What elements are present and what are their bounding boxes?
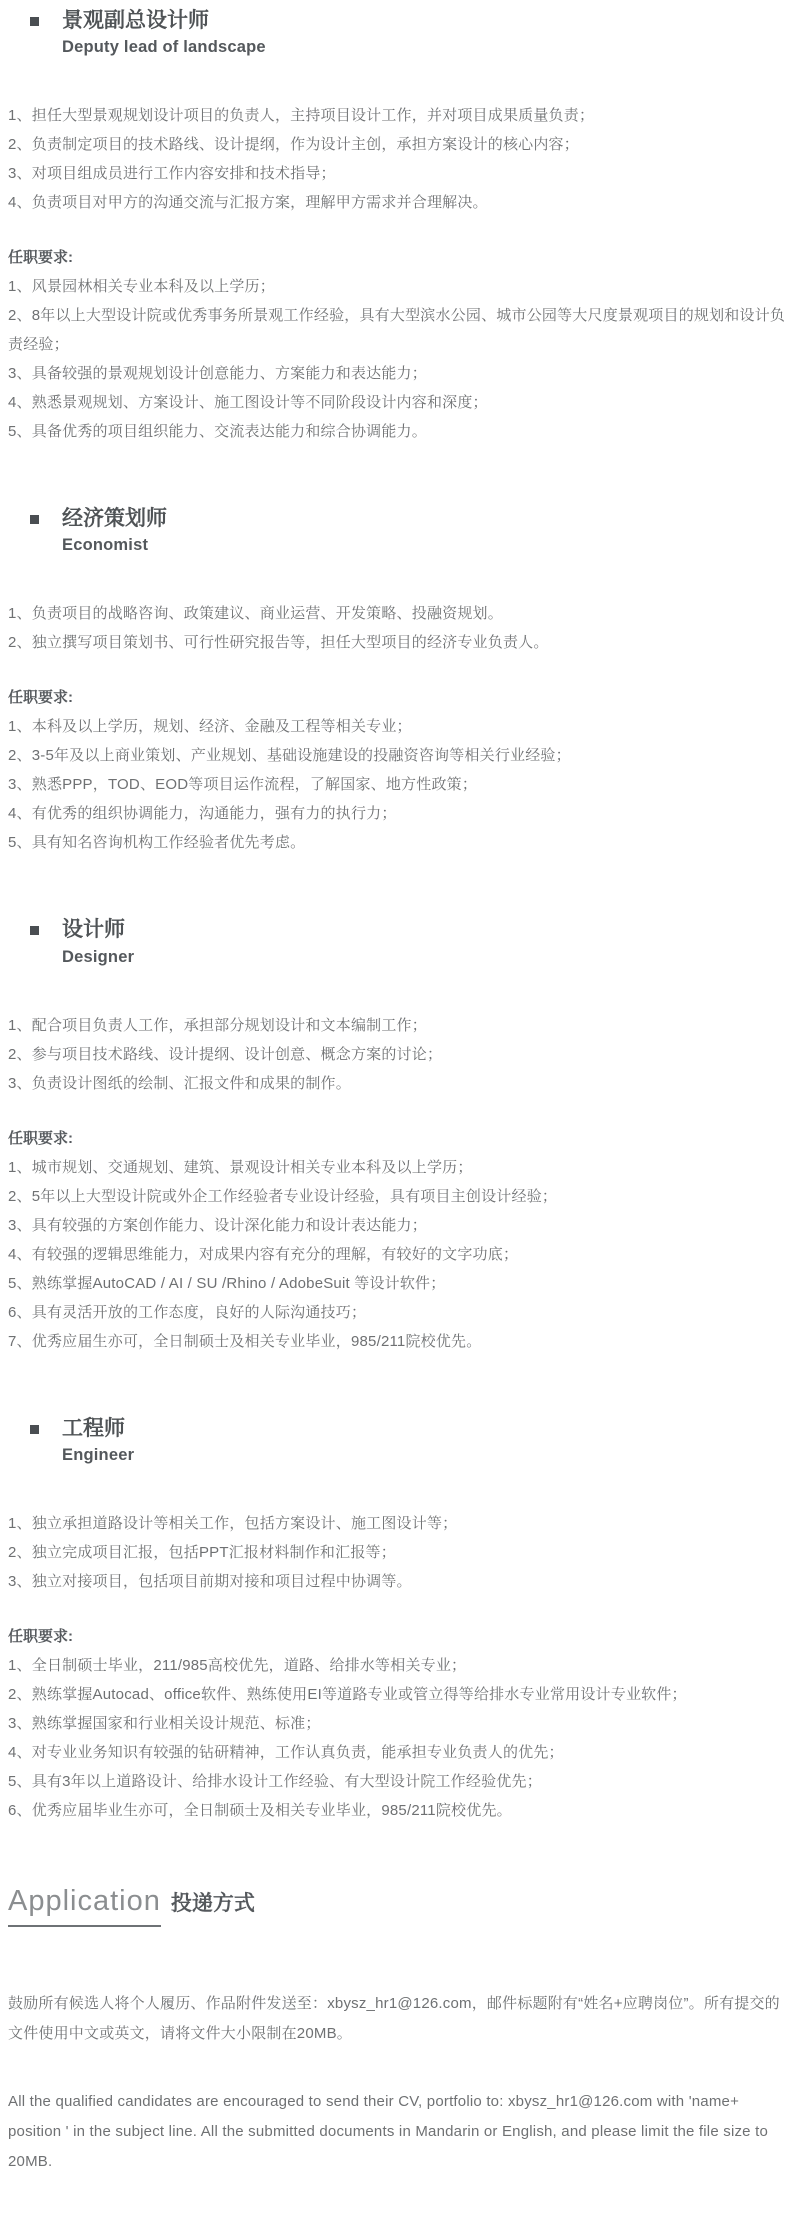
job-title-zh: 景观副总设计师 <box>62 8 266 33</box>
requirements-list: 1、全日制硕士毕业，211/985高校优先，道路、给排水等相关专业； 2、熟练掌… <box>8 1651 791 1825</box>
application-paragraph-zh: 鼓励所有候选人将个人履历、作品附件发送至：xbysz_hr1@126.com，邮… <box>8 1989 791 2049</box>
job-title-zh: 设计师 <box>62 917 134 942</box>
requirement-item: 6、具有灵活开放的工作态度，良好的人际沟通技巧； <box>8 1298 791 1327</box>
requirements-list: 1、本科及以上学历，规划、经济、金融及工程等相关专业； 2、3-5年及以上商业策… <box>8 712 791 857</box>
duty-item: 3、负责设计图纸的绘制、汇报文件和成果的制作。 <box>8 1069 791 1098</box>
job-section-designer: 设计师 Designer 1、配合项目负责人工作，承担部分规划设计和文本编制工作… <box>8 917 791 1355</box>
application-heading-zh: 投递方式 <box>171 1887 255 1917</box>
job-title-en: Engineer <box>62 1446 134 1465</box>
requirements-list: 1、城市规划、交通规划、建筑、景观设计相关专业本科及以上学历； 2、5年以上大型… <box>8 1153 791 1356</box>
job-header: 工程师 Engineer <box>8 1416 791 1465</box>
requirement-item: 5、具有3年以上道路设计、给排水设计工作经验、有大型设计院工作经验优先； <box>8 1767 791 1796</box>
duty-item: 1、配合项目负责人工作，承担部分规划设计和文本编制工作； <box>8 1011 791 1040</box>
requirement-item: 1、城市规划、交通规划、建筑、景观设计相关专业本科及以上学历； <box>8 1153 791 1182</box>
duties-list: 1、配合项目负责人工作，承担部分规划设计和文本编制工作； 2、参与项目技术路线、… <box>8 1011 791 1098</box>
duty-item: 3、独立对接项目，包括项目前期对接和项目过程中协调等。 <box>8 1567 791 1596</box>
duty-item: 3、对项目组成员进行工作内容安排和技术指导； <box>8 159 791 188</box>
bullet-square-icon <box>30 926 39 935</box>
job-header: 景观副总设计师 Deputy lead of landscape <box>8 8 791 57</box>
duty-item: 2、独立完成项目汇报，包括PPT汇报材料制作和汇报等； <box>8 1538 791 1567</box>
duty-item: 2、参与项目技术路线、设计提纲、设计创意、概念方案的讨论； <box>8 1040 791 1069</box>
requirement-item: 4、有较强的逻辑思维能力，对成果内容有充分的理解，有较好的文字功底； <box>8 1240 791 1269</box>
bullet-square-icon <box>30 17 39 26</box>
requirement-item: 1、风景园林相关专业本科及以上学历； <box>8 272 791 301</box>
job-section-deputy-lead-of-landscape: 景观副总设计师 Deputy lead of landscape 1、担任大型景… <box>8 8 791 446</box>
requirement-item: 4、有优秀的组织协调能力，沟通能力，强有力的执行力； <box>8 799 791 828</box>
requirements-label: 任职要求: <box>8 243 791 272</box>
requirement-item: 3、具有较强的方案创作能力、设计深化能力和设计表达能力； <box>8 1211 791 1240</box>
job-title-zh: 工程师 <box>62 1416 134 1441</box>
requirement-item: 4、对专业业务知识有较强的钻研精神，工作认真负责，能承担专业负责人的优先； <box>8 1738 791 1767</box>
requirement-item: 3、具备较强的景观规划设计创意能力、方案能力和表达能力； <box>8 359 791 388</box>
duty-item: 2、负责制定项目的技术路线、设计提纲，作为设计主创，承担方案设计的核心内容； <box>8 130 791 159</box>
duty-item: 1、负责项目的战略咨询、政策建议、商业运营、开发策略、投融资规划。 <box>8 599 791 628</box>
job-titles: 设计师 Designer <box>62 917 134 966</box>
requirement-item: 2、3-5年及以上商业策划、产业规划、基础设施建设的投融资咨询等相关行业经验； <box>8 741 791 770</box>
job-header: 经济策划师 Economist <box>8 506 791 555</box>
requirement-item: 1、全日制硕士毕业，211/985高校优先，道路、给排水等相关专业； <box>8 1651 791 1680</box>
requirements-label: 任职要求: <box>8 683 791 712</box>
requirement-item: 1、本科及以上学历，规划、经济、金融及工程等相关专业； <box>8 712 791 741</box>
duty-item: 2、独立撰写项目策划书、可行性研究报告等，担任大型项目的经济专业负责人。 <box>8 628 791 657</box>
application-paragraph-en: All the qualified candidates are encoura… <box>8 2087 791 2177</box>
requirement-item: 2、熟练掌握Autocad、office软件、熟练使用EI等道路专业或管立得等给… <box>8 1680 791 1709</box>
job-header: 设计师 Designer <box>8 917 791 966</box>
requirement-item: 2、8年以上大型设计院或优秀事务所景观工作经验，具有大型滨水公园、城市公园等大尺… <box>8 301 791 359</box>
requirement-item: 3、熟练掌握国家和行业相关设计规范、标准； <box>8 1709 791 1738</box>
job-title-en: Designer <box>62 948 134 967</box>
requirements-label: 任职要求: <box>8 1622 791 1651</box>
requirement-item: 6、优秀应届毕业生亦可，全日制硕士及相关专业毕业，985/211院校优先。 <box>8 1796 791 1825</box>
requirement-item: 2、5年以上大型设计院或外企工作经验者专业设计经验，具有项目主创设计经验； <box>8 1182 791 1211</box>
duty-item: 4、负责项目对甲方的沟通交流与汇报方案，理解甲方需求并合理解决。 <box>8 188 791 217</box>
job-title-en: Deputy lead of landscape <box>62 38 266 57</box>
job-section-engineer: 工程师 Engineer 1、独立承担道路设计等相关工作，包括方案设计、施工图设… <box>8 1416 791 1825</box>
requirement-item: 5、具备优秀的项目组织能力、交流表达能力和综合协调能力。 <box>8 417 791 446</box>
duties-list: 1、担任大型景观规划设计项目的负责人，主持项目设计工作，并对项目成果质量负责； … <box>8 101 791 217</box>
requirement-item: 5、具有知名咨询机构工作经验者优先考虑。 <box>8 828 791 857</box>
job-titles: 工程师 Engineer <box>62 1416 134 1465</box>
bullet-square-icon <box>30 1425 39 1434</box>
duties-list: 1、独立承担道路设计等相关工作，包括方案设计、施工图设计等； 2、独立完成项目汇… <box>8 1509 791 1596</box>
duties-list: 1、负责项目的战略咨询、政策建议、商业运营、开发策略、投融资规划。 2、独立撰写… <box>8 599 791 657</box>
requirements-list: 1、风景园林相关专业本科及以上学历； 2、8年以上大型设计院或优秀事务所景观工作… <box>8 272 791 446</box>
requirement-item: 4、熟悉景观规划、方案设计、施工图设计等不同阶段设计内容和深度； <box>8 388 791 417</box>
requirement-item: 3、熟悉PPP，TOD、EOD等项目运作流程，了解国家、地方性政策； <box>8 770 791 799</box>
job-title-en: Economist <box>62 536 167 555</box>
duty-item: 1、独立承担道路设计等相关工作，包括方案设计、施工图设计等； <box>8 1509 791 1538</box>
requirements-label: 任职要求: <box>8 1124 791 1153</box>
duty-item: 1、担任大型景观规划设计项目的负责人，主持项目设计工作，并对项目成果质量负责； <box>8 101 791 130</box>
application-section: Application 投递方式 鼓励所有候选人将个人履历、作品附件发送至：xb… <box>8 1885 791 2177</box>
application-heading: Application 投递方式 <box>8 1885 791 1927</box>
job-titles: 景观副总设计师 Deputy lead of landscape <box>62 8 266 57</box>
job-titles: 经济策划师 Economist <box>62 506 167 555</box>
application-heading-en: Application <box>8 1885 161 1927</box>
job-title-zh: 经济策划师 <box>62 506 167 531</box>
bullet-square-icon <box>30 515 39 524</box>
requirement-item: 5、熟练掌握AutoCAD / AI / SU /Rhino / AdobeSu… <box>8 1269 791 1298</box>
requirement-item: 7、优秀应届生亦可，全日制硕士及相关专业毕业，985/211院校优先。 <box>8 1327 791 1356</box>
job-section-economist: 经济策划师 Economist 1、负责项目的战略咨询、政策建议、商业运营、开发… <box>8 506 791 857</box>
